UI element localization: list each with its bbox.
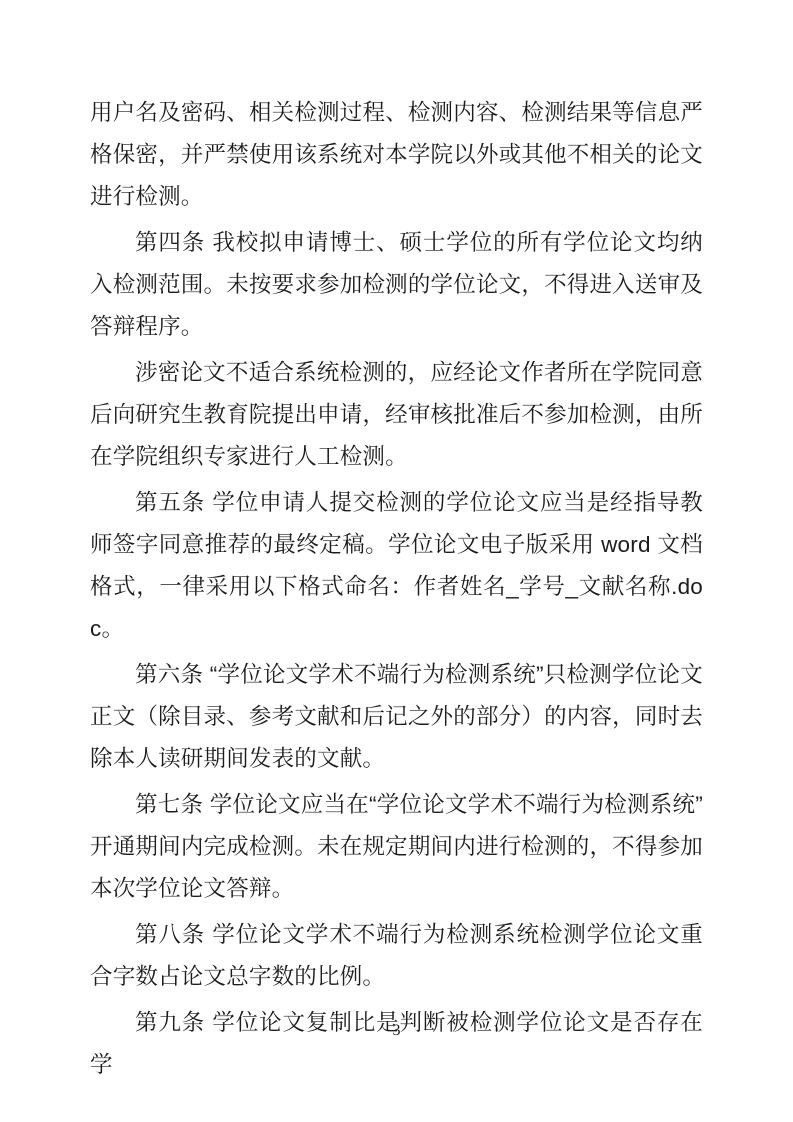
paragraph-classified-thesis: 涉密论文不适合系统检测的，应经论文作者所在学院同意后向研究生教育院提出申请，经审… — [90, 352, 703, 478]
paragraph-article-7: 第七条 学位论文应当在“学位论文学术不端行为检测系统”开通期间内完成检测。未在规… — [90, 784, 703, 910]
page-footer: 3 — [0, 1022, 793, 1040]
document-page: 用户名及密码、相关检测过程、检测内容、检测结果等信息严格保密，并严禁使用该系统对… — [0, 0, 793, 1122]
document-body-text: 用户名及密码、相关检测过程、检测内容、检测结果等信息严格保密，并严禁使用该系统对… — [90, 92, 703, 1090]
paragraph-article-9: 第九条 学位论文复制比是判断被检测学位论文是否存在学 — [90, 1002, 703, 1086]
paragraph-article-6: 第六条 “学位论文学术不端行为检测系统”只检测学位论文正文（除目录、参考文献和后… — [90, 654, 703, 780]
paragraph-article-5: 第五条 学位申请人提交检测的学位论文应当是经指导教师签字同意推荐的最终定稿。学位… — [90, 482, 703, 650]
paragraph-continuation: 用户名及密码、相关检测过程、检测内容、检测结果等信息严格保密，并严禁使用该系统对… — [90, 92, 703, 218]
paragraph-article-4: 第四条 我校拟申请博士、硕士学位的所有学位论文均纳入检测范围。未按要求参加检测的… — [90, 222, 703, 348]
page-number: 3 — [393, 1022, 401, 1039]
paragraph-article-8: 第八条 学位论文学术不端行为检测系统检测学位论文重合字数占论文总字数的比例。 — [90, 914, 703, 998]
